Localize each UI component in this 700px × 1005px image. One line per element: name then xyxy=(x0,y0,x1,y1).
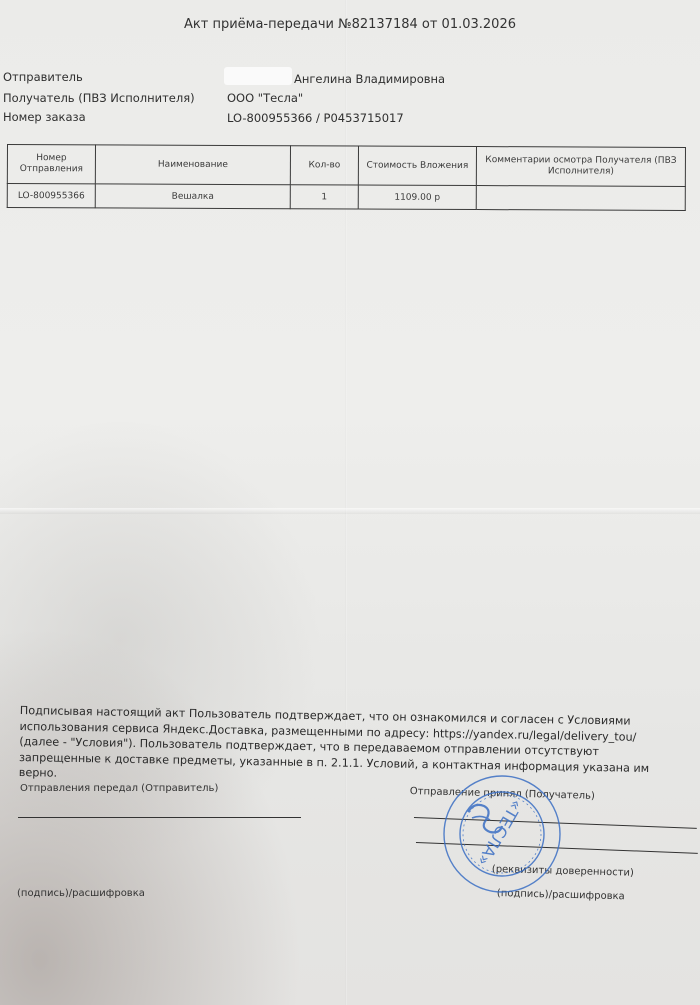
sender-value: Ангелина Владимировна xyxy=(294,72,445,86)
redacted-surname xyxy=(224,67,292,85)
col-header-quantity: Кол-во xyxy=(290,146,358,185)
recipient-value: ООО "Тесла" xyxy=(227,91,303,105)
cell-shipment-number: LO-800955366 xyxy=(7,184,95,208)
sender-signature-title: Отправления передал (Отправитель) xyxy=(20,783,218,794)
table-header-row: Номер Отправления Наименование Кол-во Ст… xyxy=(7,145,685,187)
col-header-comments: Комментарии осмотра Получателя (ПВЗ Испо… xyxy=(476,147,685,187)
sender-signature-line xyxy=(18,817,301,818)
cell-quantity: 1 xyxy=(290,185,358,209)
paper-fold-horizontal xyxy=(0,508,700,514)
order-value: LO-800955366 / P0453715017 xyxy=(227,111,404,125)
col-header-declared-value: Стоимость Вложения xyxy=(358,146,476,186)
cell-declared-value: 1109.00 р xyxy=(358,185,476,210)
order-label: Номер заказа xyxy=(3,110,86,124)
recipient-label: Получатель (ПВЗ Исполнителя) xyxy=(3,91,195,105)
col-header-shipment-number: Номер Отправления xyxy=(7,145,95,184)
company-stamp: «ТЕСЛА» xyxy=(440,772,565,897)
col-header-name: Наименование xyxy=(95,145,290,185)
document-title: Акт приёма-передачи №82137184 от 01.03.2… xyxy=(0,17,700,32)
sender-signature-caption: (подпись)/расшифровка xyxy=(17,888,145,899)
table-row: LO-800955366 Вешалка 1 1109.00 р xyxy=(7,184,685,211)
cell-name: Вешалка xyxy=(95,184,290,209)
items-table: Номер Отправления Наименование Кол-во Ст… xyxy=(7,144,686,211)
sender-label: Отправитель xyxy=(3,70,83,84)
cell-comments xyxy=(476,186,685,211)
legal-disclaimer: Подписывая настоящий акт Пользователь по… xyxy=(19,703,680,792)
stamp-text: «ТЕСЛА» xyxy=(473,796,526,869)
